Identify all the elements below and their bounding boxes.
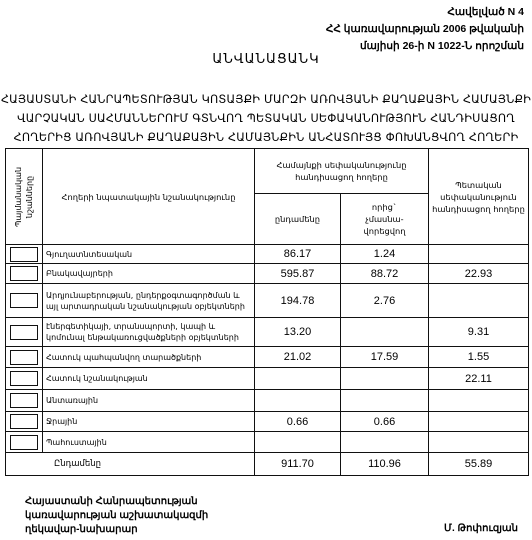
map-symbol-box [10, 247, 38, 262]
appendix-line-2: ՀՀ կառավարության 2006 թվականի [326, 21, 524, 38]
row-state [429, 245, 529, 264]
signer-line-2: կառավարության աշխատակազմի [25, 509, 208, 523]
row-label: Ջրային [43, 412, 255, 432]
map-symbol-cell [6, 347, 43, 368]
totals-of-which: 110.96 [341, 453, 429, 476]
row-state [429, 412, 529, 432]
map-symbol-box [10, 371, 38, 386]
row-total: 595.87 [255, 264, 341, 284]
map-symbol-box [10, 293, 38, 308]
appendix-line-1: Հավելված N 4 [326, 4, 524, 21]
map-symbol-cell [6, 432, 43, 453]
row-state [429, 284, 529, 318]
map-symbol-box [10, 393, 38, 408]
map-symbol-box [10, 350, 38, 365]
header-state: Պետական սեփականություն հանդիսացող հողերը [429, 149, 529, 245]
row-label: Անտառային [43, 390, 255, 412]
map-symbol-box [10, 435, 38, 450]
row-state [429, 432, 529, 453]
table-row: Պահուստային [6, 432, 529, 453]
row-state: 22.93 [429, 264, 529, 284]
subtitle-line-2: ՎԱՐՉԱԿԱՆ ՍԱՀՄԱՆՆԵՐՈՒՄ ԳՏՆՎՈՂ ՊԵՏԱԿԱՆ ՍԵՓ… [0, 109, 532, 128]
land-list-table: Պայմանական նշանները Հողերի նպատակային նշ… [5, 148, 529, 476]
row-total [255, 390, 341, 412]
row-label: Հատուկ պահպանվող տարածքների [43, 347, 255, 368]
map-symbol-box [10, 325, 38, 340]
row-of-which [341, 390, 429, 412]
table-row: էներգետիկայի, տրանսպորտի, կապի և կոմունա… [6, 318, 529, 347]
subtitle-line-3: ՀՈՂԵՐԻՑ ԱՌՈՎՅԱՆԻ ՔԱՂԱՔԱՅԻՆ ՀԱՄԱՅՆՔԻՆ ԱՆՀ… [0, 128, 532, 147]
table-row: Արդյունաբերության, ընդերքօգտագործման և ա… [6, 284, 529, 318]
row-total: 0.66 [255, 412, 341, 432]
map-symbol-box [10, 414, 38, 429]
totals-row: Ընդամենը 911.70 110.96 55.89 [6, 453, 529, 476]
row-total [255, 432, 341, 453]
row-state: 22.11 [429, 368, 529, 390]
row-label: Պահուստային [43, 432, 255, 453]
row-total [255, 368, 341, 390]
row-total: 13.20 [255, 318, 341, 347]
header-map-code: Պայմանական նշանները [6, 149, 43, 245]
row-of-which [341, 368, 429, 390]
row-of-which: 2.76 [341, 284, 429, 318]
signer-line-1: Հայաստանի Հանրապետության [25, 495, 208, 509]
subtitle-line-1: ՀԱՅԱՍՏԱՆԻ ՀԱՆՐԱՊԵՏՈՒԹՅԱՆ ԿՈՏԱՅՔԻ ՄԱՐԶԻ Ա… [0, 90, 532, 109]
document-title: ԱՆՎԱՆԱՑԱՆԿ [0, 52, 532, 67]
map-symbol-cell [6, 390, 43, 412]
map-symbol-cell [6, 284, 43, 318]
map-symbol-cell [6, 245, 43, 264]
appendix-reference: Հավելված N 4 ՀՀ կառավարության 2006 թվակա… [326, 4, 524, 55]
row-total: 21.02 [255, 347, 341, 368]
map-symbol-box [10, 266, 38, 281]
row-of-which [341, 432, 429, 453]
map-symbol-cell [6, 412, 43, 432]
row-label: Արդյունաբերության, ընդերքօգտագործման և ա… [43, 284, 255, 318]
signer-name: Մ. Թոփուզյան [444, 523, 518, 534]
row-label: Բնակավայրերի [43, 264, 255, 284]
table-row: Ջրային0.660.66 [6, 412, 529, 432]
row-label: էներգետիկայի, տրանսպորտի, կապի և կոմունա… [43, 318, 255, 347]
row-of-which [341, 318, 429, 347]
header-purpose: Հողերի նպատակային նշանակությունը [43, 149, 255, 245]
row-total: 194.78 [255, 284, 341, 318]
row-total: 86.17 [255, 245, 341, 264]
header-community-group: Համայնքի սեփականությունը հանդիսացող հողե… [255, 149, 429, 194]
document-subtitle: ՀԱՅԱՍՏԱՆԻ ՀԱՆՐԱՊԵՏՈՒԹՅԱՆ ԿՈՏԱՅՔԻ ՄԱՐԶԻ Ա… [0, 90, 532, 147]
row-of-which: 1.24 [341, 245, 429, 264]
map-symbol-cell [6, 264, 43, 284]
row-state [429, 390, 529, 412]
signer-line-3: ղեկավար-նախարար [25, 523, 208, 537]
row-of-which: 17.59 [341, 347, 429, 368]
row-of-which: 88.72 [341, 264, 429, 284]
table-row: Գյուղատնտեսական86.171.24 [6, 245, 529, 264]
table-row: Բնակավայրերի595.8788.7222.93 [6, 264, 529, 284]
header-total: ընդամենը [255, 194, 341, 245]
row-label: Գյուղատնտեսական [43, 245, 255, 264]
table-row: Հատուկ նշանակության22.11 [6, 368, 529, 390]
table-row: Անտառային [6, 390, 529, 412]
row-state: 1.55 [429, 347, 529, 368]
row-label: Հատուկ նշանակության [43, 368, 255, 390]
table-row: Հատուկ պահպանվող տարածքների21.0217.591.5… [6, 347, 529, 368]
totals-label: Ընդամենը [6, 453, 255, 476]
map-symbol-cell [6, 368, 43, 390]
row-of-which: 0.66 [341, 412, 429, 432]
map-symbol-cell [6, 318, 43, 347]
header-of-which: որից` չմասնա-վորեցվող [341, 194, 429, 245]
row-state: 9.31 [429, 318, 529, 347]
signer-position: Հայաստանի Հանրապետության կառավարության ա… [25, 495, 208, 537]
totals-state: 55.89 [429, 453, 529, 476]
totals-total: 911.70 [255, 453, 341, 476]
